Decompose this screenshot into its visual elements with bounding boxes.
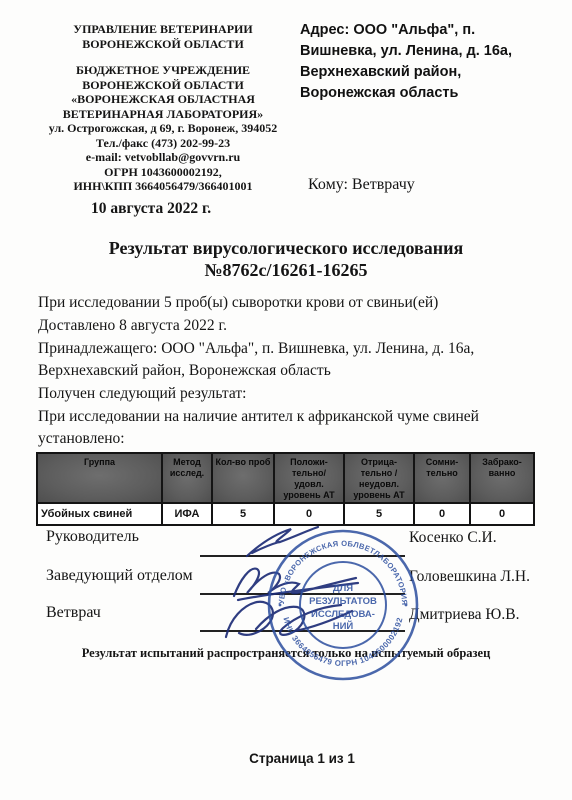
contact-line: ИНН\КПП 3664056479/366401001 [42,179,284,194]
document-page: УПРАВЛЕНИЕ ВЕТЕРИНАРИИ ВОРОНЕЖСКОЙ ОБЛАС… [0,0,572,800]
handwritten-signature [247,527,318,556]
letterhead-left: УПРАВЛЕНИЕ ВЕТЕРИНАРИИ ВОРОНЕЖСКОЙ ОБЛАС… [42,22,284,194]
table-header-cell: Кол-во проб [212,453,274,503]
table-cell: 0 [470,503,534,525]
stamp-separator-dot [405,604,408,607]
signature-role-label: Ветврач [46,604,101,622]
table-cell: 5 [212,503,274,525]
table-cell: 0 [414,503,470,525]
table-cell: ИФА [162,503,212,525]
contact-line: e-mail: vetvobllab@govvrn.ru [42,150,284,165]
institution-line: «ВОРОНЕЖСКАЯ ОБЛАСТНАЯ [42,92,284,107]
signature-line [200,593,405,595]
document-number: №8762с/16261-16265 [0,259,572,281]
institution-line: ВОРОНЕЖСКОЙ ОБЛАСТИ [42,78,284,93]
results-table: Группа Метод исслед. Кол-во проб Положи-… [36,452,535,526]
spacer [42,51,284,63]
signature-name: Дмитриева Ю.В. [409,606,519,624]
body-paragraph: При исследовании на наличие антител к аф… [38,406,546,450]
footer-note: Результат испытаний распространяется тол… [0,646,572,661]
department-line: УПРАВЛЕНИЕ ВЕТЕРИНАРИИ [42,22,284,37]
institution-line: ВЕТЕРИНАРНАЯ ЛАБОРАТОРИЯ» [42,107,284,122]
stamp-center-line: РЕЗУЛЬТАТОВ [309,596,377,607]
document-title-line: Результат вирусологического исследования [0,237,572,259]
document-body: При исследовании 5 проб(ы) сыворотки кро… [38,292,546,451]
department-line: ВОРОНЕЖСКОЙ ОБЛАСТИ [42,37,284,52]
body-paragraph: Принадлежащего: ООО "Альфа", п. Вишневка… [38,338,546,382]
document-title: Результат вирусологического исследования… [0,237,572,281]
stamp-center-line: ИССЛЕДОВА- [311,609,375,620]
handwritten-signature [234,569,358,600]
contact-line: ОГРН 1043600002192, [42,165,284,180]
signature-line [200,555,405,557]
table-header-cell: Сомни- тельно [414,453,470,503]
contact-line: ул. Острогожская, д 69, г. Воронеж, 3940… [42,121,284,136]
body-paragraph: При исследовании 5 проб(ы) сыворотки кро… [38,292,546,314]
table-header-cell: Забрако- ванно [470,453,534,503]
recipient-to: Кому: Ветврачу [308,176,415,194]
signature-name: Головешкина Л.Н. [409,568,530,586]
body-paragraph: Доставлено 8 августа 2022 г. [38,315,546,337]
recipient-address: Адрес: ООО "Альфа", п. Вишневка, ул. Лен… [300,20,544,104]
table-cell: 5 [344,503,414,525]
table-header-cell: Положи- тельно/ удовл. уровень АТ [274,453,344,503]
table-header-row: Группа Метод исслед. Кол-во проб Положи-… [37,453,534,503]
table-header-cell: Метод исслед. [162,453,212,503]
contact-line: Тел./факс (473) 202-99-23 [42,136,284,151]
page-number: Страница 1 из 1 [16,751,572,766]
stamp-separator-dot [279,604,282,607]
signature-role-label: Руководитель [46,528,139,546]
stamp-inner-ring [300,562,386,648]
table-header-cell: Группа [37,453,162,503]
body-paragraph: Получен следующий результат: [38,383,546,405]
table-header-cell: Отрица- тельно / неудовл. уровень АТ [344,453,414,503]
document-date: 10 августа 2022 г. [91,200,211,218]
signature-role-label: Заведующий отделом [46,567,193,585]
signature-name: Косенко С.И. [409,529,497,547]
table-row: Убойных свиней ИФА 5 0 5 0 0 [37,503,534,525]
institution-line: БЮДЖЕТНОЕ УЧРЕЖДЕНИЕ [42,63,284,78]
table-cell: 0 [274,503,344,525]
table-cell: Убойных свиней [37,503,162,525]
signature-line [200,630,405,632]
